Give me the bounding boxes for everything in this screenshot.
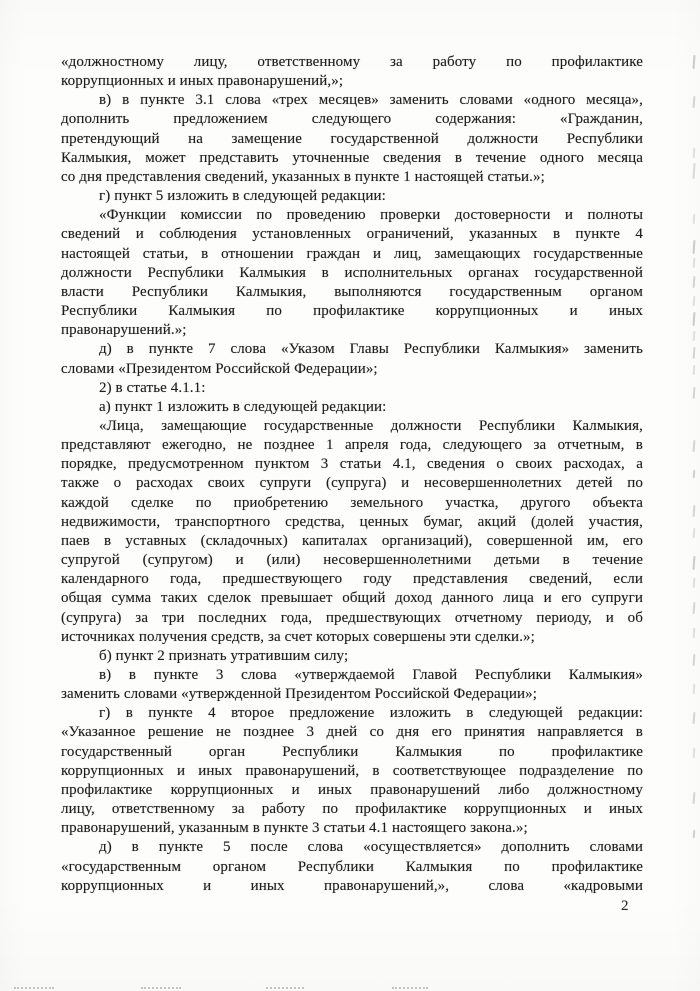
text-line: словами «Президентом Российской Федераци…	[61, 360, 643, 379]
text-line: лицу, ответственному за работу по профил…	[61, 800, 643, 819]
text-line: недвижимости, транспортного средства, це…	[61, 513, 643, 532]
scan-smudge-mark	[693, 347, 696, 359]
paragraph: г) в пункте 4 второе предложение изложит…	[61, 704, 643, 838]
scan-smudge-mark	[693, 312, 696, 326]
text-line: Калмыкия, может представить уточненные с…	[61, 149, 643, 168]
paragraph: «Лица, замещающие государственные должно…	[61, 417, 643, 647]
scan-smudge-mark	[693, 258, 696, 268]
text-line: б) пункт 2 признать утратившим силу;	[61, 647, 643, 666]
text-line: супругой (супругом) и (или) несовершенно…	[61, 551, 643, 570]
scan-smudge-mark	[693, 556, 696, 570]
paragraph: б) пункт 2 признать утратившим силу;	[61, 647, 643, 666]
text-line: г) пункт 5 изложить в следующей редакции…	[61, 187, 643, 206]
scan-smudge-mark	[693, 830, 696, 838]
text-line: источниках получения средств, за счет ко…	[61, 628, 643, 647]
scan-smudge-mark	[693, 628, 696, 638]
text-line: г) в пункте 4 второе предложение изложит…	[61, 704, 643, 723]
text-line: (супруга) за три последних года, предшес…	[61, 609, 643, 628]
paragraph: д) в пункте 7 слова «Указом Главы Респуб…	[61, 340, 643, 378]
paragraph: в) в пункте 3 слова «утверждаемой Главой…	[61, 666, 643, 704]
scan-smudge-mark	[693, 276, 696, 288]
text-line: должности Республики Калмыкия в исполнит…	[61, 264, 643, 283]
text-line: представляют ежегодно, не позднее 1 апре…	[61, 436, 643, 455]
text-line: общая сумма таких сделок превышает общий…	[61, 589, 643, 608]
text-line: претендующий на замещение государственно…	[61, 130, 643, 149]
text-line: паев в уставных (складочных) капиталах о…	[61, 532, 643, 551]
scan-smudge-mark	[693, 365, 696, 375]
scan-smudge-mark	[693, 578, 696, 588]
page-number: 2	[621, 898, 629, 915]
text-line: а) пункт 1 изложить в следующей редакции…	[61, 398, 643, 417]
scan-smudge-mark	[693, 387, 696, 399]
scan-smudge-mark	[693, 505, 696, 517]
scan-smudge-mark	[693, 214, 696, 224]
scan-smudge-mark	[693, 148, 696, 158]
scan-smudge-mark	[693, 440, 696, 452]
text-line: со дня представления сведений, указанных…	[61, 168, 643, 187]
text-line: «государственным органом Республики Калм…	[61, 858, 643, 877]
scan-smudge-mark	[693, 331, 696, 341]
text-line: «Функции комиссии по проведению проверки…	[61, 206, 643, 225]
paragraph: г) пункт 5 изложить в следующей редакции…	[61, 187, 643, 206]
scan-smudge-mark	[693, 470, 696, 478]
scan-smudge-mark	[693, 654, 696, 666]
scan-dash-mark	[266, 987, 304, 989]
scan-smudge-mark	[693, 528, 696, 538]
text-line: также о расходах своих супруги (супруга)…	[61, 474, 643, 493]
text-line: порядке, предусмотренном пунктом 3 стать…	[61, 455, 643, 474]
text-line: коррупционных и иных правонарушений, в с…	[61, 762, 643, 781]
text-line: сведений и соблюдения установленных огра…	[61, 225, 643, 244]
paragraph: «Функции комиссии по проведению проверки…	[61, 206, 643, 340]
paragraph: «должностному лицу, ответственному за ра…	[61, 53, 643, 91]
scan-smudge-mark	[693, 792, 696, 804]
paragraph: 2) в статье 4.1.1:	[61, 379, 643, 398]
paragraph: в) в пункте 3.1 слова «трех месяцев» зам…	[61, 91, 643, 187]
document-body: «должностному лицу, ответственному за ра…	[61, 53, 643, 896]
paragraph: д) в пункте 5 после слова «осуществляетс…	[61, 838, 643, 895]
text-line: коррупционных и иных правонарушений,», с…	[61, 877, 643, 896]
scan-smudge-mark	[693, 55, 696, 69]
text-line: Республики Калмыкия по профилактике корр…	[61, 302, 643, 321]
scan-smudge-mark	[693, 296, 696, 306]
scan-smudge-mark	[693, 684, 696, 694]
scan-dash-mark	[14, 987, 54, 989]
text-line: календарного года, предшествующего году …	[61, 570, 643, 589]
scan-smudge-mark	[693, 748, 696, 758]
text-line: 2) в статье 4.1.1:	[61, 379, 643, 398]
scanned-document-page: «должностному лицу, ответственному за ра…	[0, 0, 700, 991]
text-line: д) в пункте 7 слова «Указом Главы Респуб…	[61, 340, 643, 359]
scan-smudge-mark	[692, 163, 695, 179]
text-line: коррупционных и иных правонарушений,»;	[61, 72, 643, 91]
text-line: заменить словами «утвержденной Президент…	[61, 685, 643, 704]
text-line: правонарушений.»;	[61, 321, 643, 340]
text-line: настоящей статьи, в отношении граждан и …	[61, 245, 643, 264]
text-line: в) в пункте 3.1 слова «трех месяцев» зам…	[61, 91, 643, 110]
scan-smudge-mark	[693, 712, 696, 724]
text-line: власти Республики Калмыкия, выполняются …	[61, 283, 643, 302]
scan-smudge-mark	[693, 96, 696, 108]
text-line: государственный орган Республики Калмыки…	[61, 743, 643, 762]
scan-dash-mark	[141, 987, 181, 989]
text-line: в) в пункте 3 слова «утверждаемой Главой…	[61, 666, 643, 685]
text-line: «Лица, замещающие государственные должно…	[61, 417, 643, 436]
scan-smudge-mark	[693, 240, 696, 254]
text-line: каждой сделке по приобретению земельного…	[61, 494, 643, 513]
text-line: «должностному лицу, ответственному за ра…	[61, 53, 643, 72]
text-line: дополнить предложением следующего содерж…	[61, 110, 643, 129]
text-line: профилактике коррупционных и иных правон…	[61, 781, 643, 800]
paragraph: а) пункт 1 изложить в следующей редакции…	[61, 398, 643, 417]
text-line: «Указанное решение не позднее 3 дней со …	[61, 723, 643, 742]
scan-dash-mark	[392, 987, 428, 989]
text-line: д) в пункте 5 после слова «осуществляетс…	[61, 838, 643, 857]
scan-smudge-mark	[693, 602, 696, 614]
text-line: правонарушений, указанным в пункте 3 ста…	[61, 819, 643, 838]
